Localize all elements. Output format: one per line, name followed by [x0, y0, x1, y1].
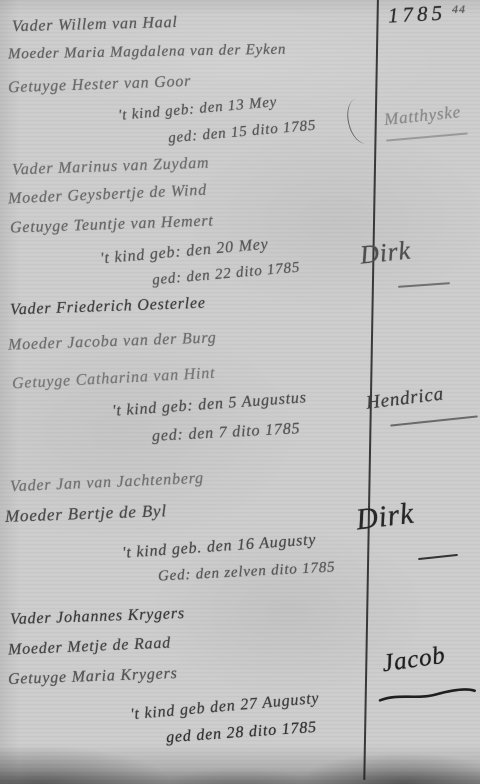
child-name: Hendrica	[365, 383, 445, 414]
year-header: 1785	[387, 0, 446, 28]
father-line: Vader Willem van Haal	[12, 14, 178, 36]
witness-line: Getuyge Maria Krygers	[8, 665, 178, 689]
mother-line: Moeder Bertje de Byl	[5, 501, 167, 527]
baptism-line: ged: den 15 dito 1785	[168, 118, 317, 148]
underline-swash-flourish	[377, 685, 478, 711]
baptism-line: ged: den 22 dito 1785	[152, 260, 301, 290]
mother-line: Moeder Jacoba van der Burg	[8, 329, 217, 354]
register-page-scan: 1785 44 Vader Willem van Haal Moeder Mar…	[0, 0, 480, 784]
mother-line: Moeder Geysbertje de Wind	[8, 182, 208, 209]
child-name: Dirk	[354, 497, 416, 538]
father-line: Vader Friederich Oesterlee	[10, 295, 206, 320]
underline-flourish	[390, 415, 478, 426]
child-name: Matthyske	[383, 102, 462, 130]
underline-flourish	[386, 132, 468, 141]
baptism-line: ged den 28 dito 1785	[166, 719, 318, 747]
underline-dash	[418, 554, 458, 561]
page-number: 44	[452, 2, 466, 17]
birth-line: 't kind geb: den 5 Augustus	[112, 389, 308, 421]
baptism-line: Ged: den zelven dito 1785	[158, 559, 336, 585]
birth-line: 't kind geb den 27 Augusty	[130, 690, 321, 724]
mother-line: Moeder Metje de Raad	[8, 634, 172, 659]
underline-flourish	[398, 282, 450, 288]
child-name: Dirk	[359, 235, 413, 270]
birth-line: 't kind geb. den 16 Augusty	[122, 531, 317, 563]
witness-line: Getuyge Hester van Goor	[8, 73, 192, 97]
father-line: Vader Marinus van Zuydam	[12, 155, 210, 180]
witness-line: Getuyge Catharina van Hint	[12, 365, 216, 394]
mother-line: Moeder Maria Magdalena van der Eyken	[8, 42, 287, 64]
baptism-line: ged: den 7 dito 1785	[152, 420, 301, 446]
child-name: Jacob	[380, 642, 447, 679]
father-line: Vader Jan van Jachtenberg	[10, 470, 205, 496]
witness-line: Getuyge Teuntje van Hemert	[10, 212, 214, 237]
birth-line: 't kind geb: den 13 Mey	[118, 94, 278, 125]
father-line: Vader Johannes Krygers	[10, 605, 185, 629]
